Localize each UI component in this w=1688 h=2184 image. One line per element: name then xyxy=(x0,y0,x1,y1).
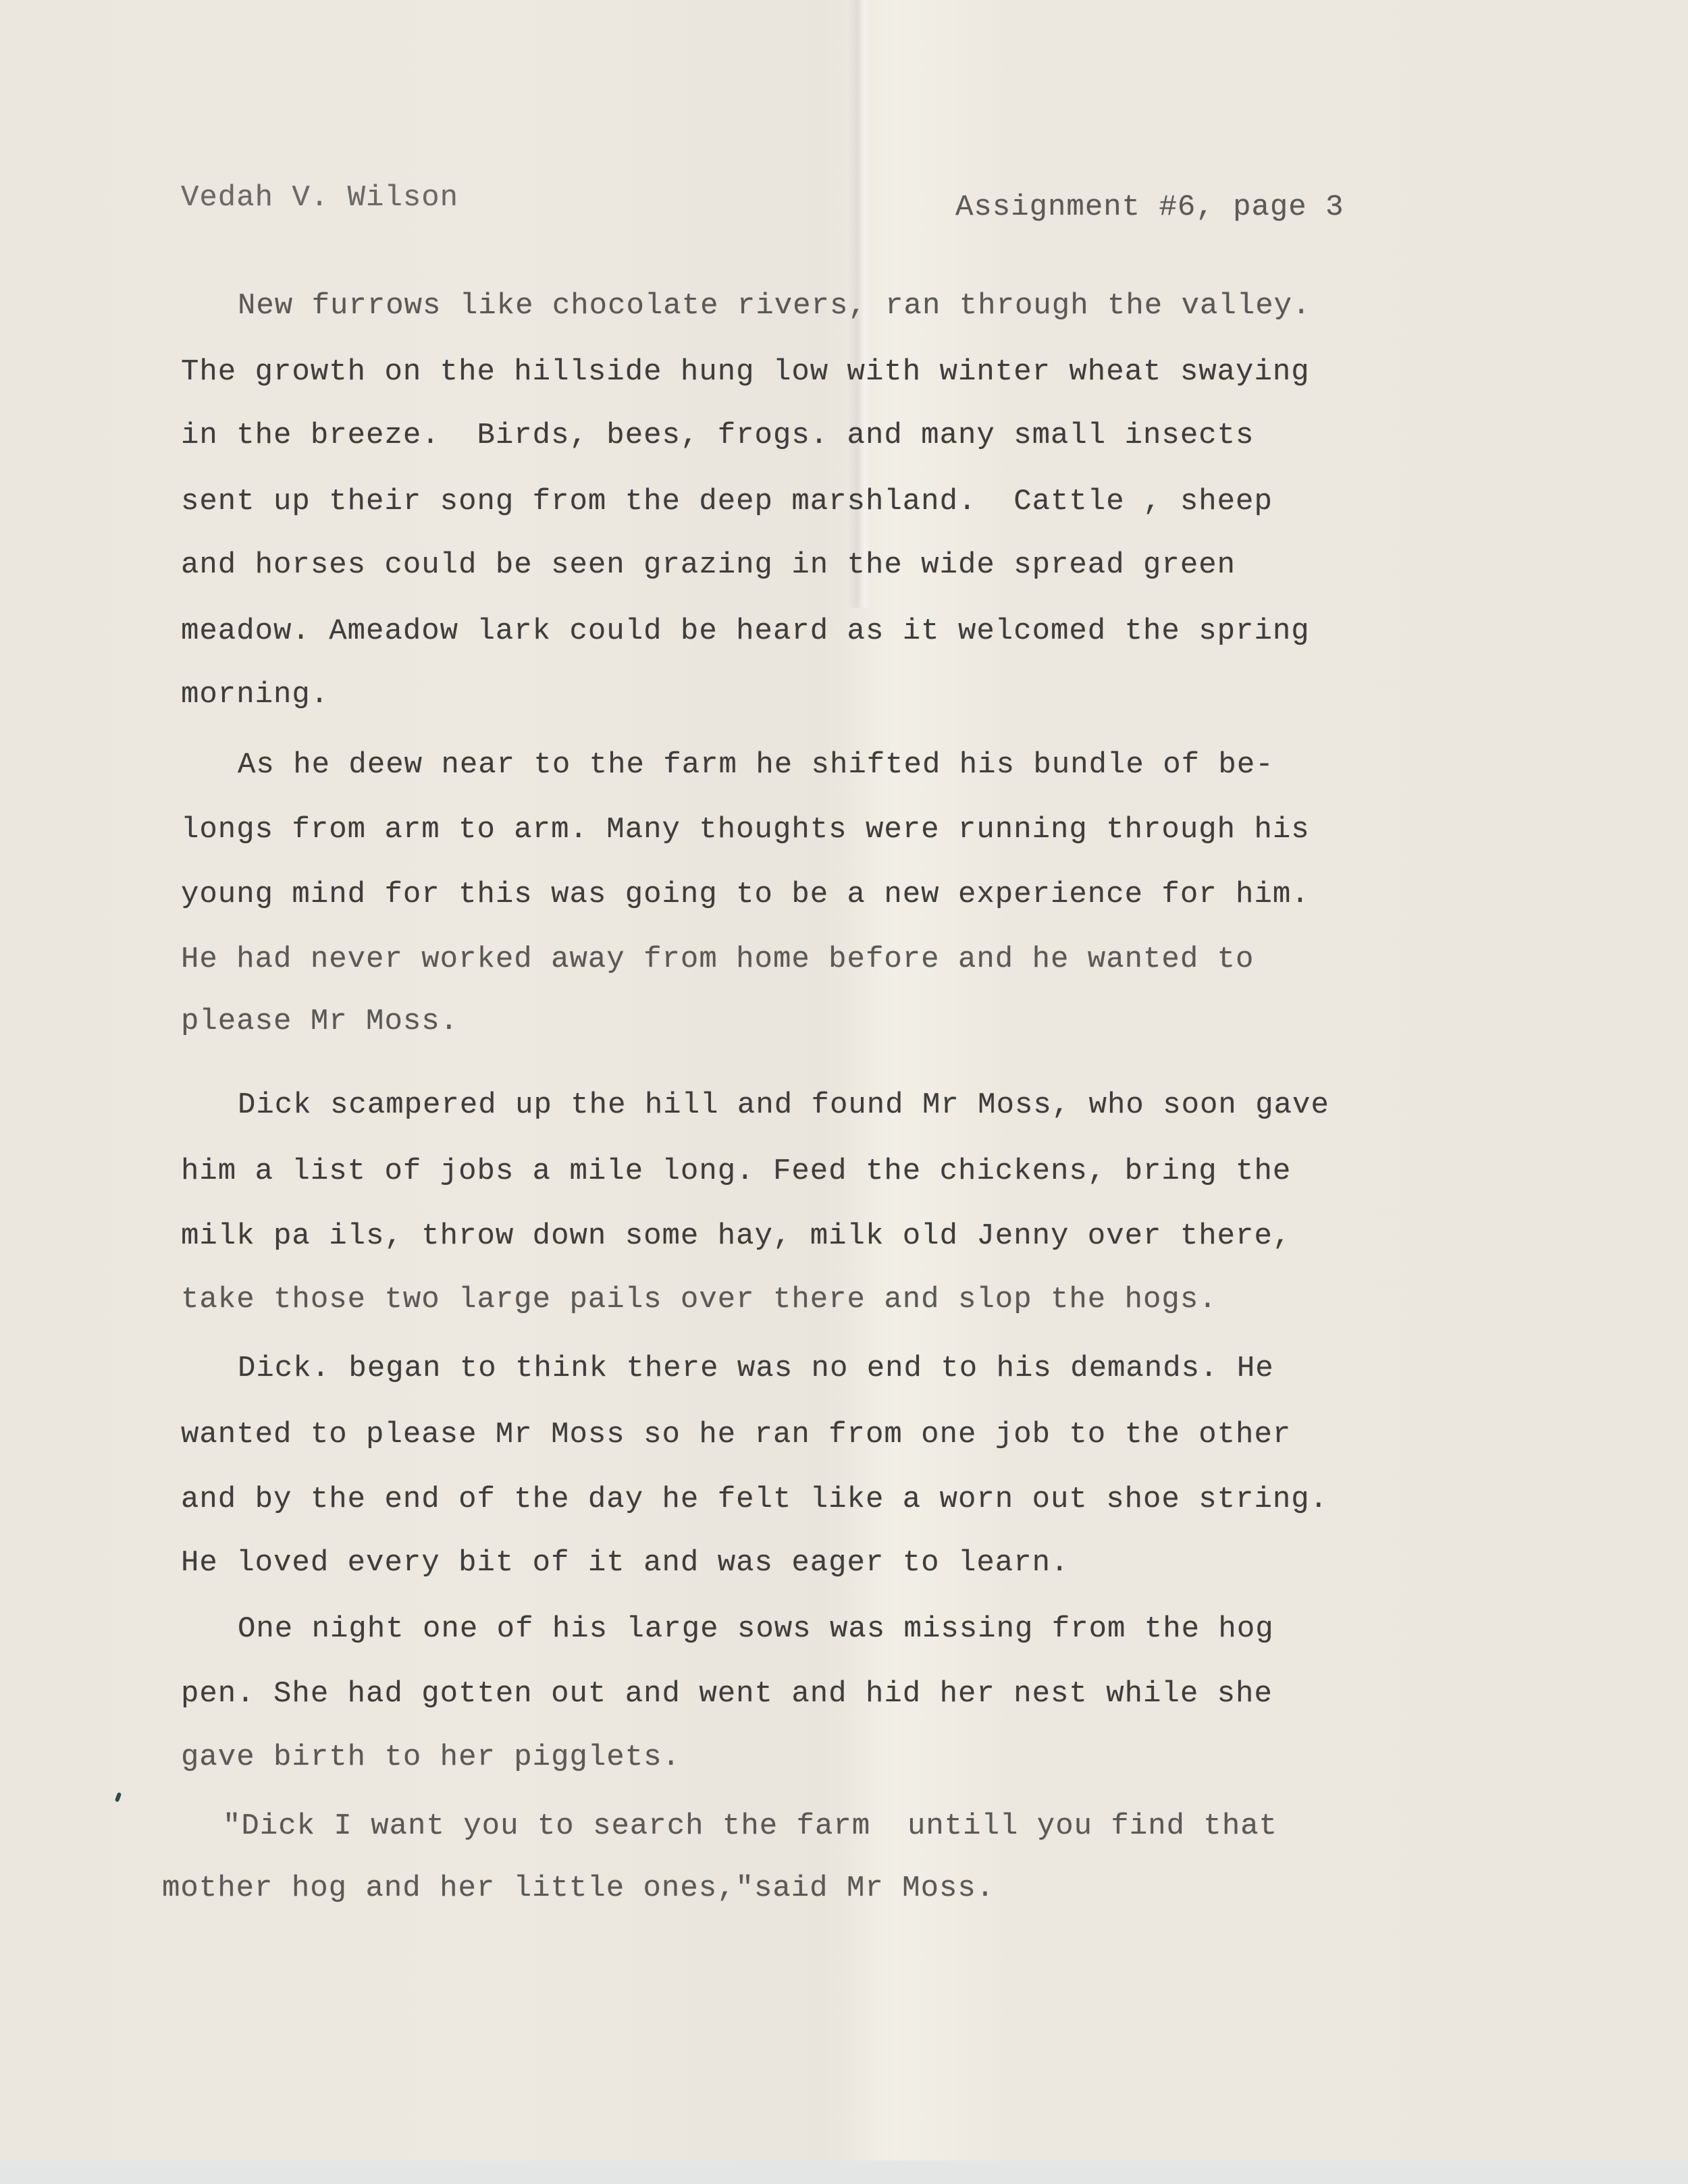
paragraph-2-line-2: longs from arm to arm. Many thoughts wer… xyxy=(181,813,1310,847)
paragraph-6-line-1: "Dick I want you to search the farm unti… xyxy=(223,1809,1277,1843)
paragraph-4-line-1: Dick. began to think there was no end to… xyxy=(238,1352,1274,1385)
paragraph-3-line-4: take those two large pails over there an… xyxy=(181,1283,1217,1316)
paragraph-2-line-1: As he deew near to the farm he shifted h… xyxy=(238,748,1274,782)
assignment-page-label: Assignment #6, page 3 xyxy=(955,190,1344,224)
paragraph-4-line-4: He loved every bit of it and was eager t… xyxy=(181,1546,1069,1580)
paragraph-1-line-6: meadow. Ameadow lark could be heard as i… xyxy=(181,614,1310,648)
paragraph-1-line-1: New furrows like chocolate rivers, ran t… xyxy=(238,289,1311,323)
paragraph-5-line-1: One night one of his large sows was miss… xyxy=(238,1612,1274,1646)
paragraph-1-line-3: in the breeze. Birds, bees, frogs. and m… xyxy=(181,419,1254,452)
paragraph-4-line-2: wanted to please Mr Moss so he ran from … xyxy=(181,1418,1291,1451)
scanner-background-strip xyxy=(0,2160,1688,2184)
paragraph-1-line-2: The growth on the hillside hung low with… xyxy=(181,355,1310,389)
paragraph-1-line-7: morning. xyxy=(181,678,329,712)
paragraph-6-line-2: mother hog and her little ones,"said Mr … xyxy=(162,1871,995,1905)
paragraph-5-line-2: pen. She had gotten out and went and hid… xyxy=(181,1677,1273,1711)
paragraph-2-line-5: please Mr Moss. xyxy=(181,1005,458,1038)
author-name: Vedah V. Wilson xyxy=(181,181,458,215)
paragraph-2-line-3: young mind for this was going to be a ne… xyxy=(181,878,1310,911)
paragraph-3-line-2: him a list of jobs a mile long. Feed the… xyxy=(181,1154,1291,1188)
paragraph-3-line-3: milk pa ils, throw down some hay, milk o… xyxy=(181,1219,1291,1253)
paragraph-1-line-4: sent up their song from the deep marshla… xyxy=(181,485,1273,518)
paragraph-3-line-1: Dick scampered up the hill and found Mr … xyxy=(238,1088,1329,1122)
paragraph-2-line-4: He had never worked away from home befor… xyxy=(181,942,1254,976)
paragraph-1-line-5: and horses could be seen grazing in the … xyxy=(181,548,1236,582)
paragraph-4-line-3: and by the end of the day he felt like a… xyxy=(181,1483,1328,1516)
paragraph-5-line-3: gave birth to her pigglets. xyxy=(181,1740,681,1774)
ink-speck-mark xyxy=(115,1792,122,1802)
typewritten-page: Vedah V. Wilson Assignment #6, page 3 Ne… xyxy=(0,0,1688,2160)
